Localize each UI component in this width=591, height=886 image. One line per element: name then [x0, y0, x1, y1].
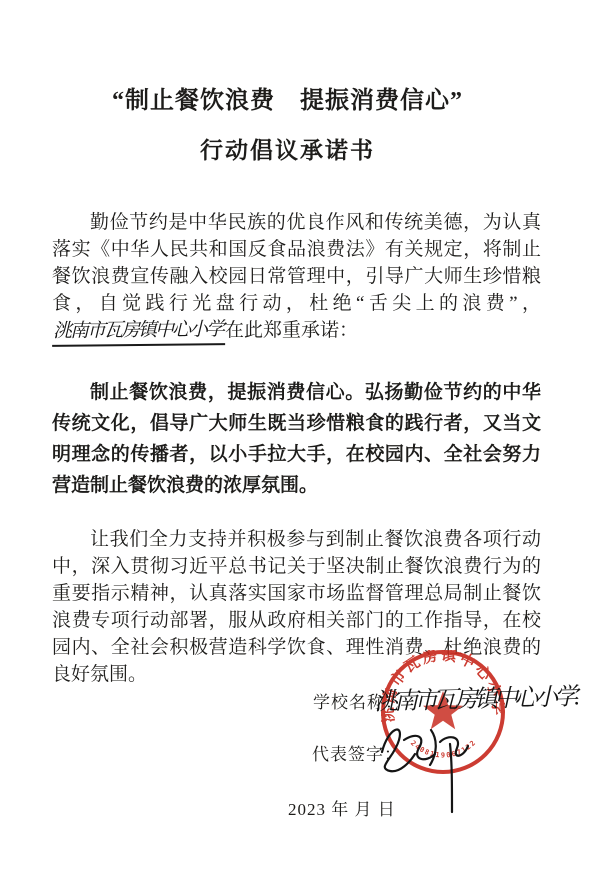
- paragraph-commitment: 制止餐饮浪费，提振消费信心。弘扬勤俭节约的中华传统文化，倡导广大师生既当珍惜粮食…: [52, 377, 541, 501]
- paragraph-opening-text: 勤俭节约是中华民族的优良作风和传统美德，为认真落实《中华人民共和国反食品浪费法》…: [52, 212, 541, 314]
- signature-stroke: [440, 737, 468, 756]
- title-line2: 行动倡议承诺书: [0, 136, 575, 166]
- handwritten-school-name-inline: 洮南市瓦房镇中心小学: [52, 316, 225, 347]
- handwritten-signature: [368, 710, 488, 816]
- document-body: 勤俭节约是中华民族的优良作风和传统美德，为认真落实《中华人民共和国反食品浪费法》…: [52, 209, 541, 688]
- signature-stroke: [404, 736, 435, 759]
- paragraph-opening: 勤俭节约是中华民族的优良作风和传统美德，为认真落实《中华人民共和国反食品浪费法》…: [52, 209, 541, 346]
- paragraph-opening-tail: 在此郑重承诺：: [225, 320, 358, 341]
- signature-stroke: [450, 744, 452, 812]
- document-title: “制止餐饮浪费 提振消费信心” 行动倡议承诺书: [0, 86, 575, 166]
- title-line1: “制止餐饮浪费 提振消费信心”: [0, 86, 575, 116]
- signature-stroke: [430, 730, 436, 765]
